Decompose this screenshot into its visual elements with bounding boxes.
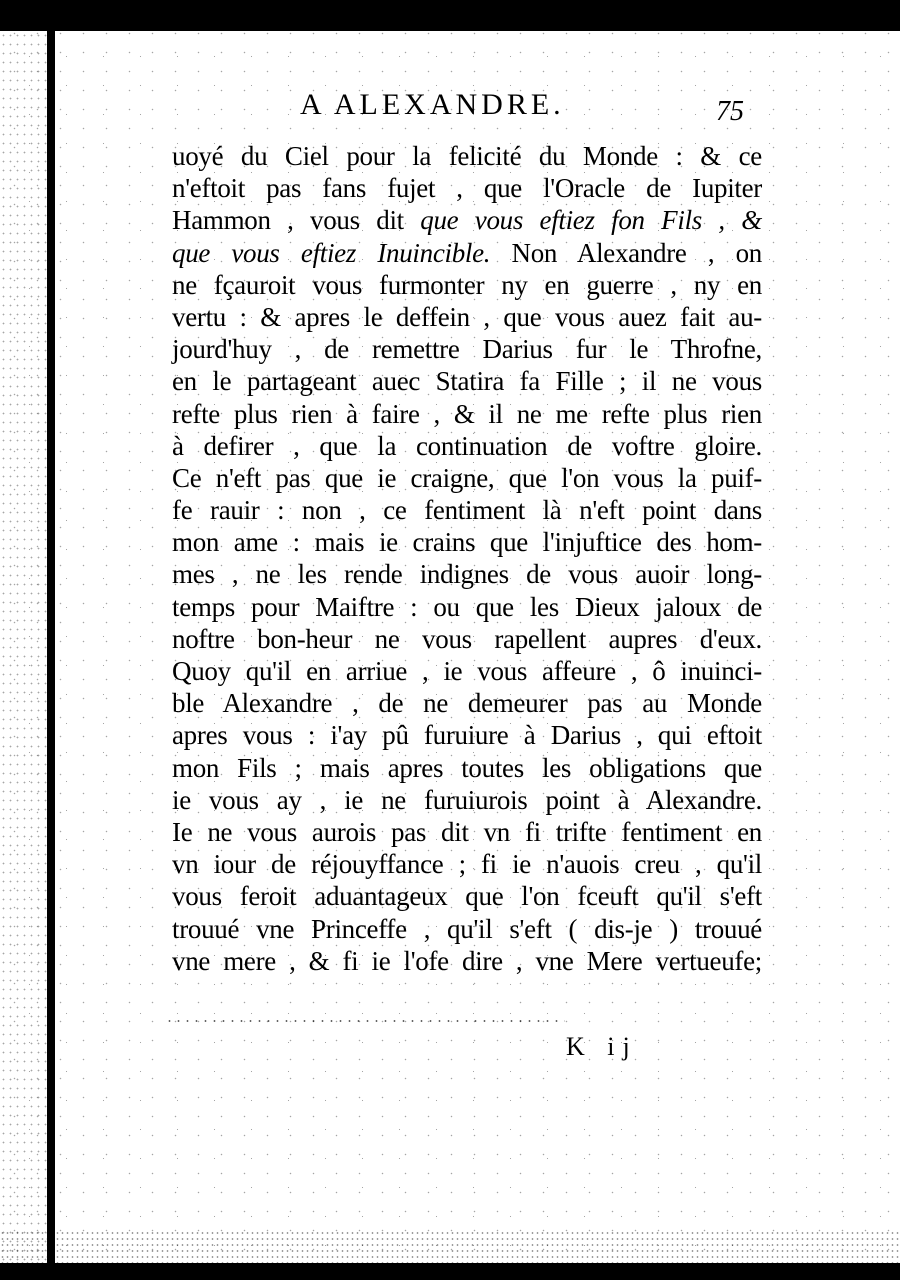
text-line: mon Fils ; mais apres toutes les obligat…	[172, 752, 762, 784]
text-line: uoyé du Ciel pour la felicité du Monde :…	[172, 140, 762, 172]
text-line: vertu : & apres le deffein , que vous au…	[172, 301, 762, 333]
text-run: Ce n'eft pas que ie craigne, que l'on vo…	[172, 463, 762, 493]
text-run: Quoy qu'il en arriue , ie vous affeure ,…	[172, 656, 762, 686]
text-line: Quoy qu'il en arriue , ie vous affeure ,…	[172, 655, 762, 687]
text-run: refte plus rien à faire , & il ne me ref…	[172, 399, 762, 429]
text-run: n'eftoit pas fans fujet , que l'Oracle d…	[172, 173, 762, 203]
text-run: fe rauir : non , ce fentiment là n'eft p…	[172, 495, 762, 525]
text-line: ne fçauroit vous furmonter ny en guerre …	[172, 269, 762, 301]
text-run: jourd'huy , de remettre Darius fur le Th…	[172, 334, 762, 364]
text-run: vous feroit aduantageux que l'on fceuft …	[172, 881, 762, 911]
text-line: mes , ne les rende indignes de vous auoi…	[172, 558, 762, 590]
text-run: ne fçauroit vous furmonter ny en guerre …	[172, 270, 762, 300]
text-run: mes , ne les rende indignes de vous auoi…	[172, 559, 762, 589]
book-page: A ALEXANDRE. 75 uoyé du Ciel pour la fel…	[0, 0, 900, 1280]
text-run: mon Fils ; mais apres toutes les obligat…	[172, 753, 762, 783]
text-run: vertu : & apres le deffein , que vous au…	[172, 302, 762, 332]
text-line: à defirer , que la continuation de voftr…	[172, 430, 762, 462]
text-line: noftre bon-heur ne vous rapellent aupres…	[172, 623, 762, 655]
signature-mark: K ij	[566, 1032, 638, 1062]
text-line: fe rauir : non , ce fentiment là n'eft p…	[172, 494, 762, 526]
text-run: vn iour de réjouyffance ; fi ie n'auois …	[172, 849, 762, 879]
text-run: Hammon , vous dit	[172, 205, 420, 235]
text-line: ble Alexandre , de ne demeurer pas au Mo…	[172, 687, 762, 719]
text-line: que vous eftiez Inuincible. Non Alexandr…	[172, 237, 762, 269]
text-line: vne mere , & fi ie l'ofe dire , vne Mere…	[172, 945, 762, 977]
scan-bottom-border	[0, 1263, 900, 1280]
scan-top-border	[0, 0, 900, 31]
text-line: vous feroit aduantageux que l'on fceuft …	[172, 880, 762, 912]
text-line: mon ame : mais ie crains que l'injuftice…	[172, 526, 762, 558]
text-run: trouué vne Princeffe , qu'il s'eft ( dis…	[172, 914, 762, 944]
bottom-rule	[165, 1020, 565, 1022]
body-text: uoyé du Ciel pour la felicité du Monde :…	[172, 140, 762, 977]
page-number: 75	[716, 96, 744, 128]
text-run: ble Alexandre , de ne demeurer pas au Mo…	[172, 688, 762, 718]
text-run: temps pour Maiftre : ou que les Dieux ja…	[172, 592, 762, 622]
text-run: à defirer , que la continuation de voftr…	[172, 431, 762, 461]
text-line: Ce n'eft pas que ie craigne, que l'on vo…	[172, 462, 762, 494]
text-run: ie vous ay , ie ne furuiurois point à Al…	[172, 785, 762, 815]
text-run: uoyé du Ciel pour la felicité du Monde :…	[172, 141, 762, 171]
text-line: apres vous : i'ay pû furuiure à Darius ,…	[172, 719, 762, 751]
text-line: vn iour de réjouyffance ; fi ie n'auois …	[172, 848, 762, 880]
text-run: Ie ne vous aurois pas dit vn fi trifte f…	[172, 817, 762, 847]
text-run: apres vous : i'ay pû furuiure à Darius ,…	[172, 720, 762, 750]
page-gutter-edge	[47, 28, 55, 1268]
text-line: n'eftoit pas fans fujet , que l'Oracle d…	[172, 172, 762, 204]
italic-quote: que vous eftiez fon Fils , &	[420, 205, 762, 235]
text-line: en le partageant auec Statira fa Fille ;…	[172, 365, 762, 397]
running-head: A ALEXANDRE.	[300, 88, 565, 122]
text-line: Ie ne vous aurois pas dit vn fi trifte f…	[172, 816, 762, 848]
text-run: Non Alexandre , on	[490, 238, 762, 268]
text-run: mon ame : mais ie crains que l'injuftice…	[172, 527, 762, 557]
text-line: temps pour Maiftre : ou que les Dieux ja…	[172, 591, 762, 623]
scan-noise-bottom	[0, 1230, 900, 1263]
text-line: jourd'huy , de remettre Darius fur le Th…	[172, 333, 762, 365]
text-line: refte plus rien à faire , & il ne me ref…	[172, 398, 762, 430]
text-run: noftre bon-heur ne vous rapellent aupres…	[172, 624, 762, 654]
scan-noise-left-margin	[0, 31, 47, 1263]
text-line: trouué vne Princeffe , qu'il s'eft ( dis…	[172, 913, 762, 945]
text-run: en le partageant auec Statira fa Fille ;…	[172, 366, 762, 396]
text-run: vne mere , & fi ie l'ofe dire , vne Mere…	[172, 946, 762, 976]
text-line: Hammon , vous dit que vous eftiez fon Fi…	[172, 204, 762, 236]
italic-quote: que vous eftiez Inuincible.	[172, 238, 490, 268]
text-line: ie vous ay , ie ne furuiurois point à Al…	[172, 784, 762, 816]
